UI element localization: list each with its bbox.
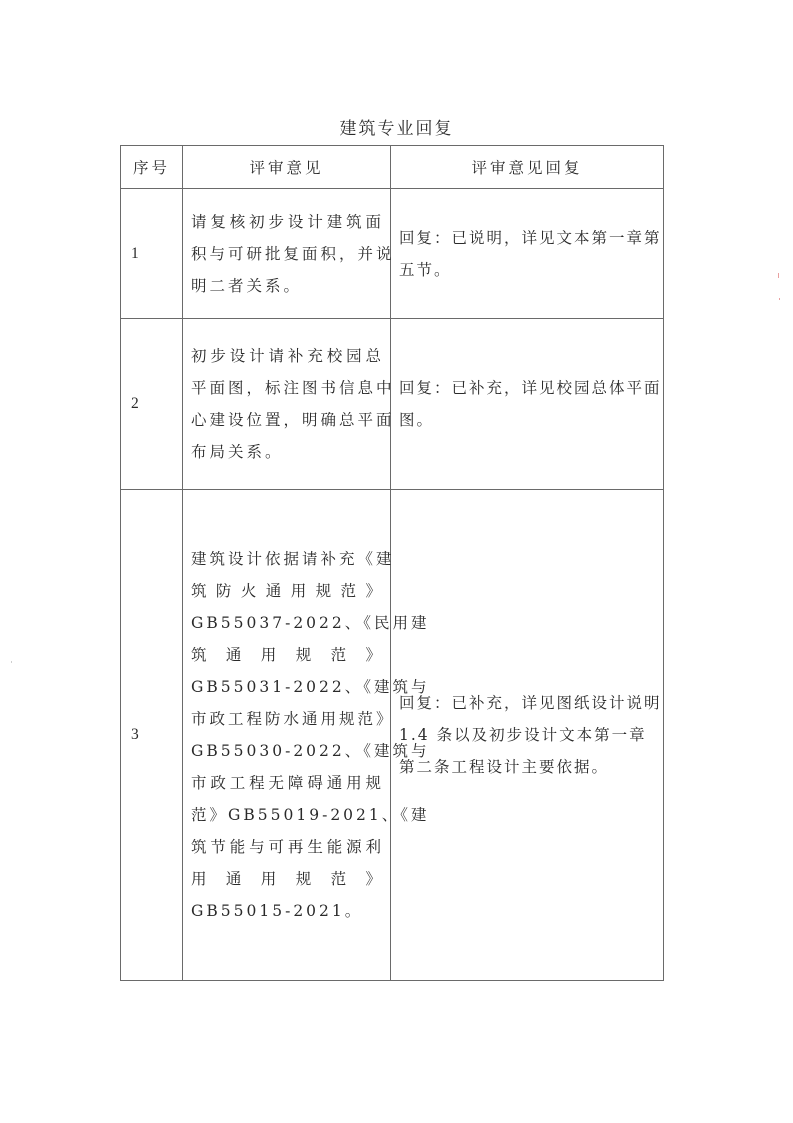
comment-line: 明二者关系。 <box>191 270 384 302</box>
comment-line: GB55015-2021。 <box>191 895 384 927</box>
comment-line: 筑节能与可再生能源利 <box>191 831 384 863</box>
table-header-row: 序号 评审意见 评审意见回复 <box>121 146 664 189</box>
comment-line: 范》GB55019-2021、《建 <box>191 799 384 831</box>
comment-line: 心建设位置，明确总平面 <box>191 404 384 436</box>
comment-line: 积与可研批复面积，并说 <box>191 238 384 270</box>
scan-speck <box>11 661 12 663</box>
comment-line: 筑通用规范》 <box>191 639 384 671</box>
document-title: 建筑专业回复 <box>0 114 793 139</box>
header-review-reply: 评审意见回复 <box>391 146 664 189</box>
comment-line: 用通用规范》 <box>191 863 384 895</box>
comment-line: 布局关系。 <box>191 436 384 468</box>
comment-line: 请复核初步设计建筑面 <box>191 206 384 238</box>
comment-line: 市政工程防水通用规范》 <box>191 703 384 735</box>
table-row: 1 请复核初步设计建筑面 积与可研批复面积，并说 明二者关系。 回复：已说明，详… <box>121 189 664 319</box>
comment-line: GB55030-2022、《建筑与 <box>191 735 384 767</box>
review-comment: 请复核初步设计建筑面 积与可研批复面积，并说 明二者关系。 <box>183 189 391 319</box>
review-reply: 回复：已补充，详见图纸设计说明 1.4 条以及初步设计文本第一章 第二条工程设计… <box>391 490 664 981</box>
comment-line: 建筑设计依据请补充《建 <box>191 543 384 575</box>
reply-line: 回复：已说明，详见文本第一章第 <box>399 222 657 254</box>
reply-line: 回复：已补充，详见校园总体平面 <box>399 372 657 404</box>
table-row: 3 建筑设计依据请补充《建 筑防火通用规范》 GB55037-2022、《民用建… <box>121 490 664 981</box>
scan-speck <box>778 273 779 278</box>
header-number: 序号 <box>121 146 183 189</box>
table-row: 2 初步设计请补充校园总 平面图，标注图书信息中 心建设位置，明确总平面 布局关… <box>121 319 664 490</box>
comment-line: 市政工程无障碍通用规 <box>191 767 384 799</box>
review-reply: 回复：已补充，详见校园总体平面 图。 <box>391 319 664 490</box>
review-reply: 回复：已说明，详见文本第一章第 五节。 <box>391 189 664 319</box>
reply-line: 五节。 <box>399 254 657 286</box>
reply-line: 回复：已补充，详见图纸设计说明 <box>399 687 657 719</box>
comment-line: GB55037-2022、《民用建 <box>191 607 384 639</box>
comment-line: 平面图，标注图书信息中 <box>191 372 384 404</box>
review-comment: 初步设计请补充校园总 平面图，标注图书信息中 心建设位置，明确总平面 布局关系。 <box>183 319 391 490</box>
row-number: 1 <box>121 189 183 319</box>
reply-line: 第二条工程设计主要依据。 <box>399 751 657 783</box>
reply-line: 图。 <box>399 404 657 436</box>
comment-line: GB55031-2022、《建筑与 <box>191 671 384 703</box>
scan-speck <box>779 298 780 300</box>
row-number: 3 <box>121 490 183 981</box>
comment-line: 初步设计请补充校园总 <box>191 340 384 372</box>
row-number: 2 <box>121 319 183 490</box>
review-comment: 建筑设计依据请补充《建 筑防火通用规范》 GB55037-2022、《民用建 筑… <box>183 490 391 981</box>
reply-line: 1.4 条以及初步设计文本第一章 <box>399 719 657 751</box>
review-table: 序号 评审意见 评审意见回复 1 请复核初步设计建筑面 积与可研批复面积，并说 … <box>120 145 664 981</box>
header-review-comment: 评审意见 <box>183 146 391 189</box>
comment-line: 筑防火通用规范》 <box>191 575 384 607</box>
